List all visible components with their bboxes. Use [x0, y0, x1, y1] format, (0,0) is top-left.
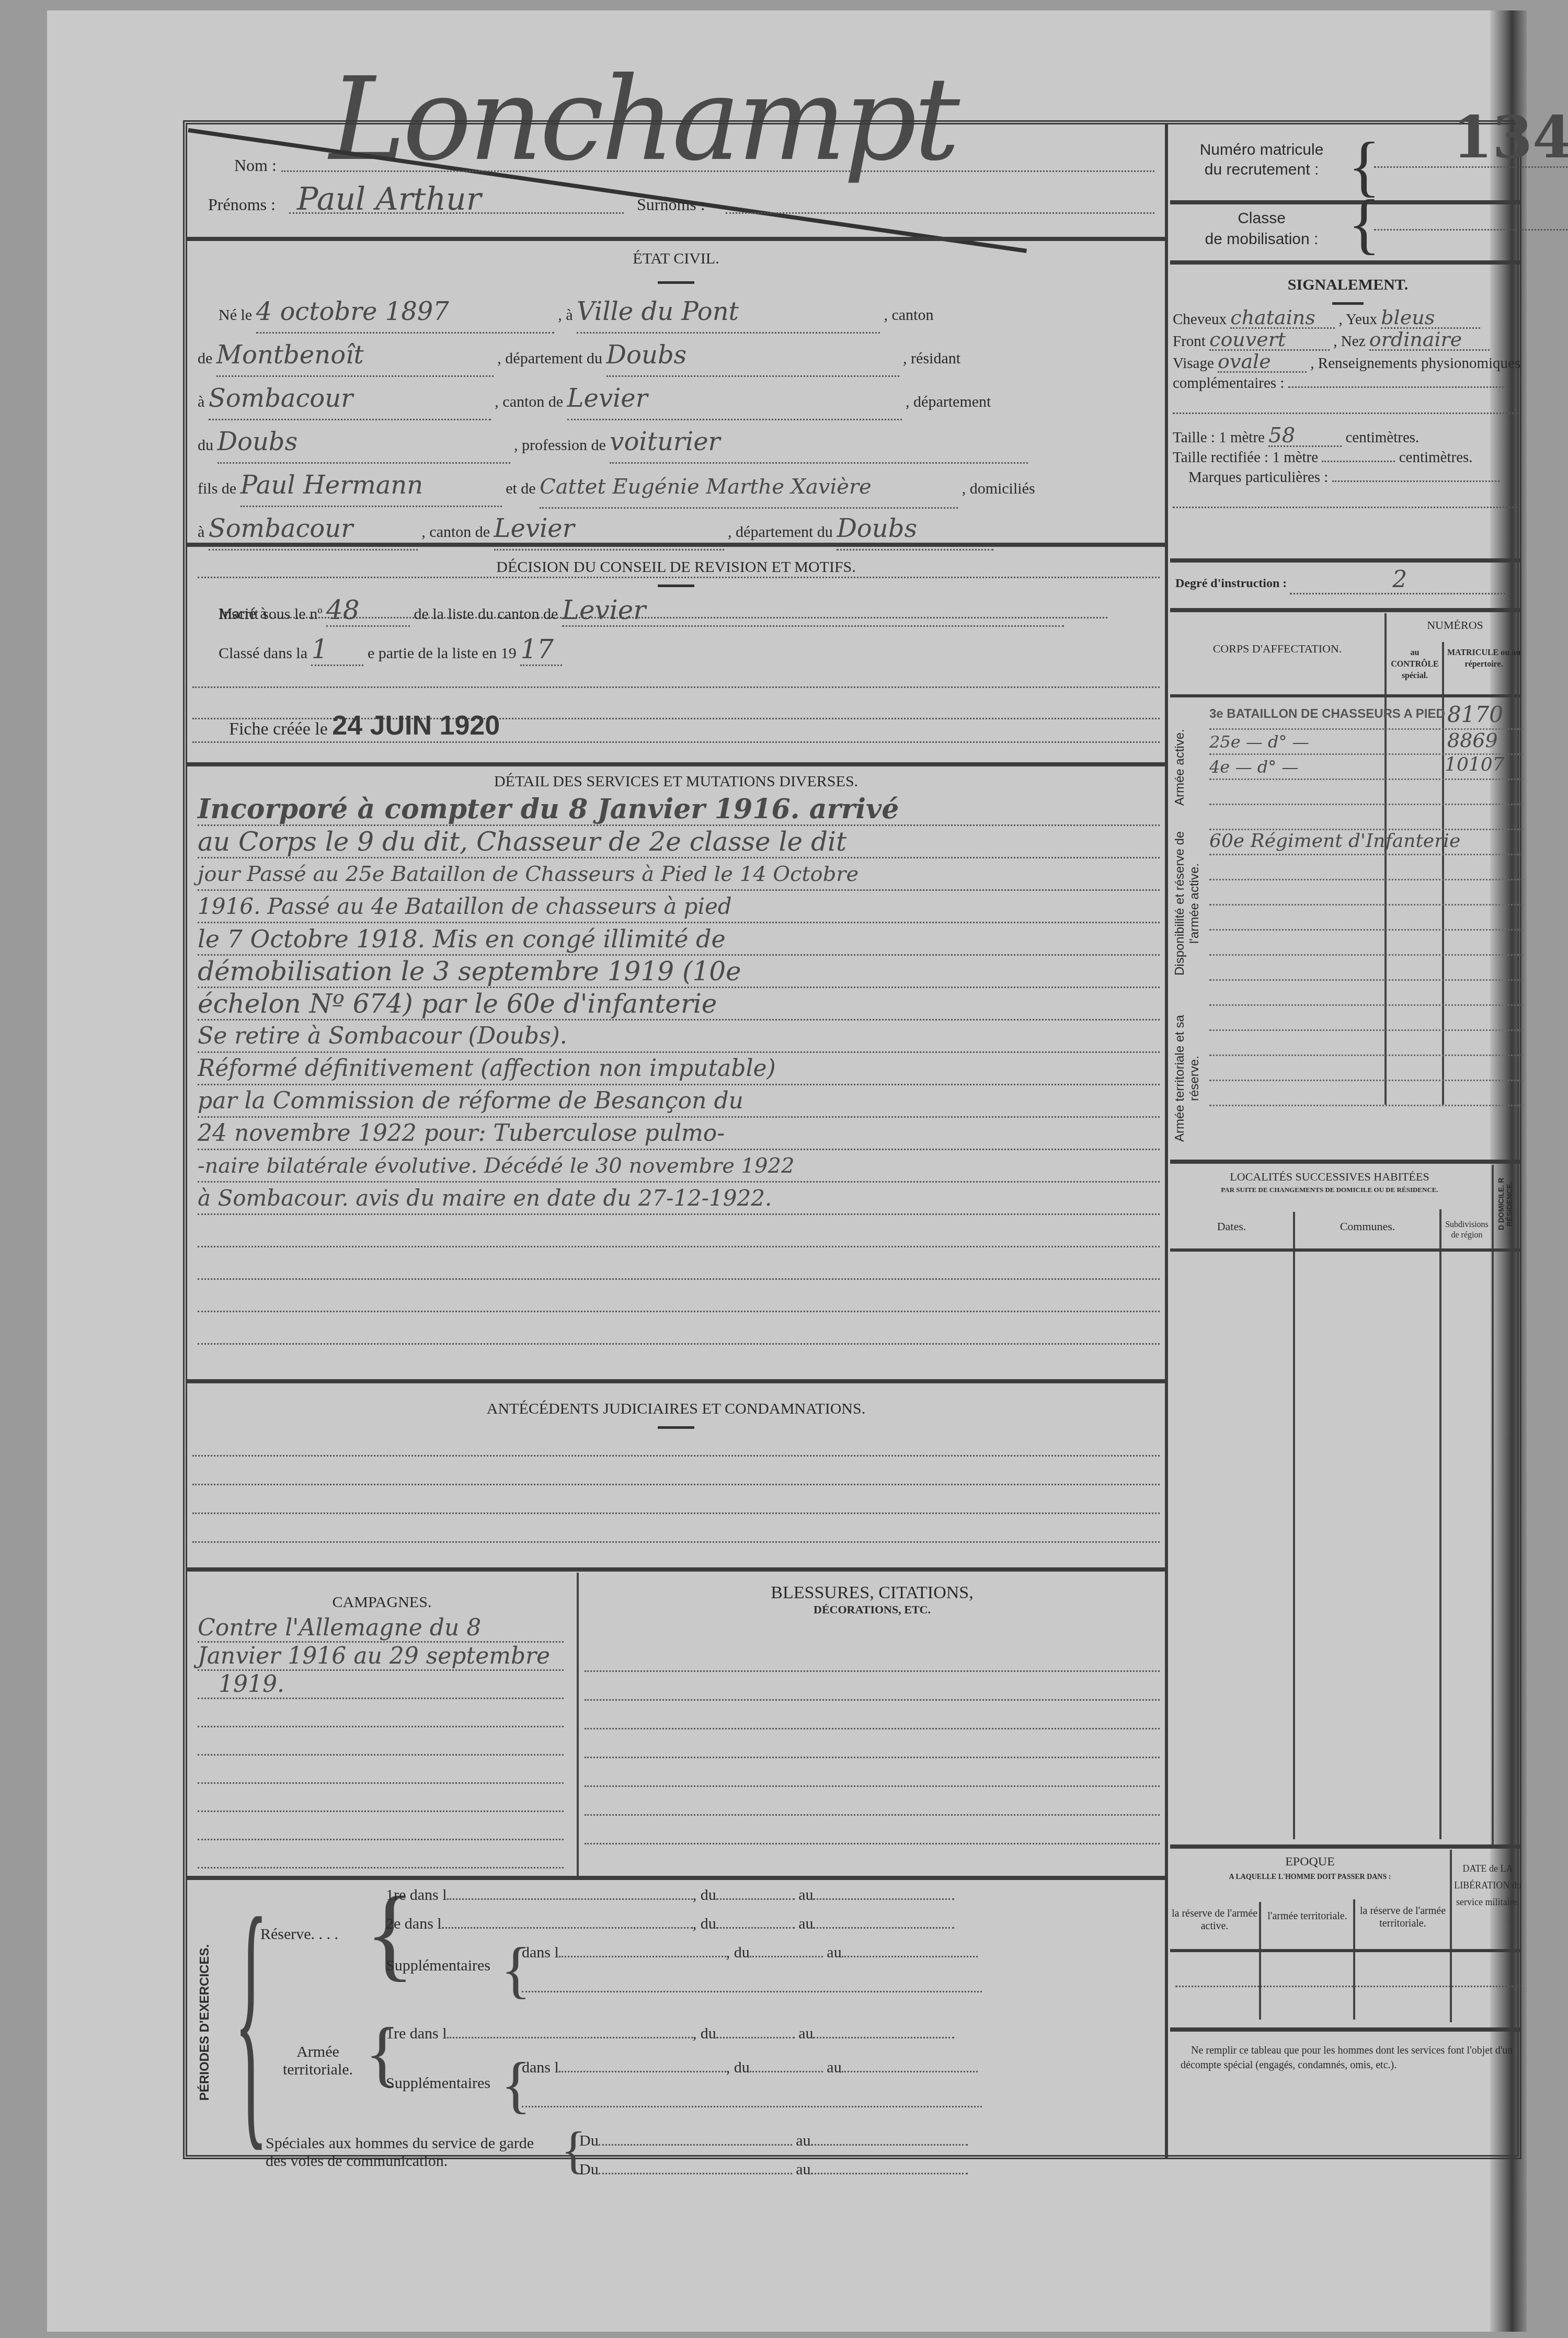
- col-subdivisions-header: Subdivisions de région: [1442, 1220, 1492, 1241]
- corps-row-blank: [1209, 1031, 1523, 1056]
- parents-row: fils de Paul Hermann et de Cattet Eugéni…: [198, 465, 1160, 509]
- profession-value: voiturier: [610, 422, 1028, 464]
- ne-le-label: Né le: [219, 306, 252, 324]
- classe-dans-value: 1: [311, 634, 363, 666]
- matricule-rule: [1170, 200, 1520, 204]
- blessure-line: [585, 1758, 1160, 1787]
- matricule-value: 1342: [1452, 104, 1568, 171]
- service-line: jour Passé au 25e Bataillon de Chasseurs…: [198, 858, 1160, 891]
- a-label: , à: [558, 306, 573, 324]
- campagne-line-blank: [198, 1756, 564, 1784]
- register-page: Lonchampt Nom : Prénoms : Paul Arthur Su…: [47, 10, 1527, 2332]
- corps-row: 4e — d° — 10107: [1209, 755, 1523, 780]
- campagnes-title: CAMPAGNES.: [187, 1594, 577, 1611]
- campagne-line-blank: [198, 1727, 564, 1756]
- signalement-title: SIGNALEMENT.: [1170, 276, 1526, 294]
- signalement-rule: [1170, 558, 1520, 563]
- degre-rule: [1170, 608, 1520, 612]
- liste-canton-label: de la liste du canton de: [414, 605, 558, 623]
- campagne-line-blank: [198, 1812, 564, 1840]
- prenoms-line: [289, 212, 624, 214]
- renseignements-label: , Renseignements physionomiques: [1310, 355, 1520, 372]
- inscrit-value: 48: [326, 595, 410, 627]
- epoque-col3: la réserve de l'armée territoriale.: [1356, 1905, 1450, 1930]
- taille-rect-row: Taille rectifiée : 1 mètre centimètres.: [1173, 448, 1523, 467]
- territoriale-label: Armée territoriale.: [271, 2043, 365, 2079]
- fiche-stamp: 24 JUIN 1920: [332, 710, 500, 741]
- residant-label: , résidant: [903, 350, 960, 367]
- premiere-label: 1re dans l: [386, 2025, 447, 2042]
- service-line: par la Commission de réforme de Besançon…: [198, 1085, 1160, 1118]
- signalement-dash: [1332, 302, 1364, 305]
- decision-line-1: [192, 686, 1160, 688]
- matricule-label-line2: du recrutement :: [1175, 160, 1348, 180]
- du-label: , du: [693, 1915, 716, 1932]
- domicile-dept-label: , département du: [728, 523, 833, 541]
- blessure-line: [585, 1672, 1160, 1701]
- blessure-line: [585, 1816, 1160, 1844]
- visage-value: ovale: [1218, 351, 1307, 373]
- col-dates-header: Dates.: [1170, 1220, 1293, 1233]
- corps-row-blank: [1209, 855, 1523, 880]
- classe-dans-label: Classé dans la: [219, 645, 307, 662]
- periodes-side-label: PÉRIODES D'EXERCICES.: [198, 1912, 234, 2132]
- territoriale-supp-row: dans l, du au: [522, 2059, 978, 2077]
- nez-label: , Nez: [1333, 333, 1365, 350]
- fiche-row: Fiche créée le 24 JUIN 1920: [229, 710, 500, 741]
- yeux-value: bleus: [1381, 307, 1480, 329]
- marques-row: Marques particulières :: [1173, 467, 1523, 487]
- nom-line: [281, 170, 1154, 172]
- col-communes-header: Communes.: [1296, 1220, 1439, 1233]
- taille-rect-label: Taille rectifiée : 1 mètre: [1173, 449, 1318, 466]
- complementaires-label: complémentaires :: [1173, 375, 1284, 392]
- localites-title: LOCALITÉS SUCCESSIVES HABITÉES: [1170, 1170, 1489, 1184]
- corps-row-corps: 25e — d° —: [1209, 732, 1309, 752]
- front-row: Front couvert , Nez ordinaire: [1173, 329, 1523, 351]
- au-label: au: [796, 2132, 810, 2149]
- register-frame: Nom : Prénoms : Paul Arthur Surnoms : Nu…: [183, 120, 1521, 2159]
- taille-value: 58: [1268, 426, 1342, 447]
- corps-row: 60e Régiment d'Infanterie: [1209, 830, 1523, 855]
- inscrit-label: Inscrit sous le nº: [219, 605, 322, 623]
- premiere-label: 1re dans l: [386, 1886, 447, 1904]
- service-line: démobilisation le 3 septembre 1919 (10e: [198, 956, 1160, 988]
- campagne-line: Janvier 1916 au 29 septembre: [198, 1643, 564, 1671]
- blessures-subtitle: DÉCORATIONS, ETC.: [585, 1603, 1160, 1617]
- classe-rule: [1170, 260, 1520, 265]
- canton-value: Montbenoît: [216, 335, 494, 377]
- corps-row-blank: [1209, 780, 1523, 805]
- complementaires-line: [1173, 393, 1518, 414]
- service-line: à Sombacour. avis du maire en date du 27…: [198, 1183, 1160, 1215]
- blessure-line: [585, 1701, 1160, 1729]
- degre-label: Degré d'instruction :: [1175, 577, 1287, 590]
- corps-row-blank: [1209, 1006, 1523, 1031]
- du-label: , du: [693, 1886, 716, 1904]
- antecedents-rule: [187, 1567, 1165, 1572]
- complementaires-row: complémentaires :: [1173, 373, 1523, 393]
- inscrit-row: Inscrit sous le nº 48 de la liste du can…: [219, 595, 1064, 627]
- degre-row: Degré d'instruction : 2: [1175, 566, 1509, 594]
- armee-active-label: Armée active.: [1173, 715, 1204, 820]
- taille-label: Taille : 1 mètre: [1173, 429, 1265, 446]
- antecedents-line: [192, 1455, 1160, 1457]
- service-line: 24 novembre 1922 pour: Tuberculose pulmo…: [198, 1118, 1160, 1150]
- etat-civil-block: Né le 4 octobre 1897 , à Ville du Pont ,…: [198, 292, 1160, 634]
- reserve-2e-row: 2e dans l, du au: [386, 1915, 954, 1933]
- controle-header: au CONTRÔLE spécial.: [1389, 647, 1441, 682]
- au-label: au: [798, 2025, 813, 2042]
- etat-civil-rule: [187, 543, 1165, 547]
- date-liberation-header: DATE de LA LIBÉRATION du service militai…: [1452, 1860, 1523, 1910]
- dept-label: , département du: [497, 350, 602, 367]
- au-label: au: [827, 1944, 841, 1961]
- epoque-subtitle: A LAQUELLE L'HOMME DOIT PASSER DANS :: [1170, 1873, 1450, 1882]
- degre-value: 2: [1290, 566, 1509, 594]
- decision-title: DÉCISION DU CONSEIL DE REVISION ET MOTIF…: [187, 558, 1165, 576]
- corps-row-corps: 4e — d° —: [1209, 757, 1298, 777]
- partie-label: e partie de la liste en 19: [368, 645, 517, 662]
- classe-label: Classe de mobilisation :: [1175, 208, 1348, 250]
- classe-row: Classé dans la 1 e partie de la liste en…: [219, 634, 562, 666]
- reserve-label: Réserve. . . .: [260, 1926, 338, 1943]
- corps-row-corps: 60e Régiment d'Infanterie: [1209, 830, 1460, 852]
- a-value: Ville du Pont: [577, 292, 880, 334]
- marques-label: Marques particulières :: [1188, 469, 1328, 486]
- reserve-supp-row: dans l, du au: [522, 1944, 978, 1962]
- classe-label-line2: de mobilisation :: [1175, 229, 1348, 250]
- nom-label: Nom :: [234, 156, 277, 175]
- matricule-label: Numéro matricule du recrutement :: [1175, 140, 1348, 180]
- dept-value: Doubs: [606, 335, 899, 377]
- decision-rule: [187, 762, 1165, 766]
- corps-row-corps: 3e BATAILLON DE CHASSEURS A PIED: [1209, 707, 1445, 721]
- campagne-line: 1919.: [198, 1671, 564, 1699]
- epoque-rule: [1170, 2027, 1520, 2032]
- et-de-label: et de: [506, 480, 535, 497]
- campagnes-divider: [577, 1573, 579, 1876]
- fils-de-label: fils de: [198, 480, 236, 497]
- marques-line: [1173, 487, 1518, 508]
- dans-label: dans l: [522, 1944, 559, 1961]
- blessures-title: BLESSURES, CITATIONS, DÉCORATIONS, ETC.: [585, 1583, 1160, 1617]
- blessure-line: [585, 1787, 1160, 1816]
- prenoms-label: Prénoms :: [208, 195, 276, 214]
- etat-civil-title: ÉTAT CIVIL.: [187, 250, 1165, 268]
- localites-subtitle: PAR SUITE DE CHANGEMENTS DE DOMICILE OU …: [1170, 1186, 1489, 1194]
- territoriale-side-label: Armée territoriale et sa réserve.: [1173, 1003, 1204, 1154]
- numeros-title: NUMÉROS: [1387, 618, 1523, 632]
- partie-year-value: 17: [520, 634, 562, 666]
- corps-row-blank: [1209, 880, 1523, 906]
- du-label: , du: [693, 2025, 716, 2042]
- du-start-label: Du: [579, 2132, 599, 2149]
- ne-le-row: Né le 4 octobre 1897 , à Ville du Pont ,…: [198, 292, 1160, 335]
- epoque-col2: l'armée territoriale.: [1262, 1910, 1353, 1922]
- cheveux-label: Cheveux: [1173, 311, 1227, 328]
- domicile-canton-label: , canton de: [421, 523, 490, 541]
- service-line: au Corps le 9 du dit, Chasseur de 2e cla…: [198, 826, 1160, 858]
- territoriale-supp-line: [522, 2106, 982, 2107]
- au-label: au: [798, 1915, 813, 1932]
- profession-row: du Doubs , profession de voiturier: [198, 422, 1160, 465]
- residant-dept-value: Doubs: [218, 422, 510, 464]
- localites-divider-2: [1439, 1209, 1441, 1839]
- epoque-title: EPOQUE: [1170, 1855, 1450, 1869]
- service-line-blank: [198, 1280, 1160, 1312]
- campagnes-lines: Contre l'Allemagne du 8 Janvier 1916 au …: [198, 1614, 564, 1869]
- au-label: au: [796, 2161, 810, 2178]
- visage-label: Visage: [1173, 355, 1214, 372]
- pere-value: Paul Hermann: [241, 465, 502, 507]
- deuxieme-label: 2e dans l: [386, 1915, 442, 1932]
- epoque-note: Ne remplir ce tableau que pour les homme…: [1181, 2043, 1515, 2072]
- signalement-block: Cheveux chatains , Yeux bleus Front couv…: [1173, 307, 1523, 508]
- speciales-label: Spéciales aux hommes du service de garde…: [266, 2135, 558, 2170]
- corps-row-blank: [1209, 931, 1523, 956]
- du-label: , du: [726, 2059, 750, 2076]
- centimetres-label-2: centimètres.: [1399, 449, 1473, 466]
- antecedents-title: ANTÉCÉDENTS JUDICIAIRES ET CONDAMNATIONS…: [187, 1400, 1165, 1418]
- du-label: , du: [726, 1944, 750, 1961]
- decision-dash: [658, 584, 694, 587]
- corps-rows: 3e BATAILLON DE CHASSEURS A PIED 8170 25…: [1209, 705, 1523, 1106]
- classe-label-line1: Classe: [1175, 208, 1348, 229]
- taille-rect-value: [1322, 461, 1395, 462]
- localites-rule: [1170, 1844, 1520, 1849]
- reserve-1re-row: 1re dans l, du au: [386, 1886, 954, 1904]
- service-line: échelon Nº 674) par le 60e d'infanterie: [198, 988, 1160, 1021]
- epoque-header-rule: [1170, 1949, 1520, 1952]
- speciales-row-1: Du au: [579, 2132, 968, 2150]
- residant-row: à Sombacour , canton de Levier , départe…: [198, 379, 1160, 422]
- matricule-line: [1374, 166, 1568, 168]
- cheveux-value: chatains: [1230, 307, 1335, 329]
- header-rule: [187, 237, 1165, 241]
- residant-canton-value: Levier: [567, 379, 902, 420]
- service-line-blank: [198, 1247, 1160, 1280]
- corps-row: 3e BATAILLON DE CHASSEURS A PIED 8170: [1209, 705, 1523, 730]
- cheveux-row: Cheveux chatains , Yeux bleus: [1173, 307, 1523, 329]
- speciales-row-2: Du au: [579, 2161, 968, 2179]
- epoque-divider-date: [1450, 1850, 1452, 2022]
- territoriale-supp-label: Supplémentaires: [386, 2075, 490, 2092]
- centimetres-label: centimètres.: [1345, 429, 1419, 446]
- residant-value: Sombacour: [209, 379, 491, 420]
- campagne-line: Contre l'Allemagne du 8: [198, 1614, 564, 1643]
- corps-header-rule: [1170, 694, 1520, 697]
- dans-label: dans l: [522, 2059, 559, 2076]
- ne-le-value: 4 octobre 1897: [256, 292, 554, 334]
- corps-row-blank: [1209, 1081, 1523, 1106]
- antecedents-dash: [658, 1426, 694, 1429]
- surnoms-label: Surnoms :: [637, 195, 705, 214]
- services-title: DÉTAIL DES SERVICES ET MUTATIONS DIVERSE…: [187, 773, 1165, 790]
- blessures-lines: [585, 1643, 1160, 1844]
- localites-divider-1: [1293, 1212, 1295, 1839]
- campagne-line-blank: [198, 1699, 564, 1727]
- fiche-line: [192, 741, 1160, 743]
- surnoms-line: [726, 212, 1154, 214]
- matricule-header: MATRICULE ou au répertoire.: [1445, 647, 1523, 670]
- fiche-label: Fiche créée le: [229, 719, 328, 739]
- corps-row-matricule: 8170: [1447, 702, 1503, 727]
- periodes-brace: {: [234, 1876, 268, 2158]
- service-line: Réformé définitivement (affection non im…: [198, 1053, 1160, 1085]
- right-column-divider: [1165, 124, 1168, 2158]
- corps-rule: [1170, 1160, 1520, 1164]
- corps-row: 25e — d° — 8869: [1209, 730, 1523, 755]
- corps-row-blank: [1209, 1056, 1523, 1081]
- corps-row-blank: [1209, 981, 1523, 1006]
- front-label: Front: [1173, 333, 1206, 350]
- front-value: couvert: [1209, 329, 1330, 351]
- service-line-blank: [198, 1312, 1160, 1345]
- canton-de-label: , canton de: [495, 393, 563, 410]
- territoriale-1re-row: 1re dans l, du au: [386, 2025, 954, 2043]
- corps-row-blank: [1209, 906, 1523, 931]
- disponibilite-label: Disponibilité et réserve de l'armée acti…: [1173, 825, 1204, 982]
- au-label: au: [827, 2059, 841, 2076]
- classe-line: [1374, 229, 1568, 231]
- domicilies-label: , domiciliés: [962, 480, 1035, 497]
- service-line: Se retire à Sombacour (Doubs).: [198, 1021, 1160, 1053]
- profession-label: , profession de: [514, 437, 606, 454]
- liste-canton-value: Levier: [562, 595, 1064, 627]
- antecedents-line: [192, 1484, 1160, 1485]
- de-label: de: [198, 350, 212, 367]
- blessure-line: [585, 1643, 1160, 1672]
- services-lines: Incorporé à compter du 8 Janvier 1916. a…: [198, 794, 1160, 1345]
- antecedents-line: [192, 1512, 1160, 1514]
- campagnes-rule: [187, 1876, 1165, 1880]
- corps-title: CORPS D'AFFECTATION.: [1170, 642, 1384, 656]
- blessures-title-line: BLESSURES, CITATIONS,: [585, 1583, 1160, 1603]
- service-line: 1916. Passé au 4e Bataillon de chasseurs…: [198, 891, 1160, 923]
- epoque-col1: la réserve de l'armée active.: [1170, 1907, 1259, 1932]
- canton-row: de Montbenoît , département du Doubs , r…: [198, 335, 1160, 379]
- nez-value: ordinaire: [1369, 329, 1490, 351]
- corps-row-blank: [1209, 956, 1523, 981]
- service-line: -naire bilatérale évolutive. Décédé le 3…: [198, 1150, 1160, 1183]
- du-label: du: [198, 437, 213, 454]
- corps-row-matricule: 8869: [1447, 729, 1498, 752]
- taille-row: Taille : 1 mètre 58 centimètres.: [1173, 426, 1523, 448]
- service-line-blank: [198, 1215, 1160, 1247]
- service-line: Incorporé à compter du 8 Janvier 1916. a…: [198, 794, 1160, 826]
- reserve-supp-label: Supplémentaires: [386, 1957, 490, 1975]
- localites-divider-dr: [1492, 1165, 1494, 1844]
- matricule-label-line1: Numéro matricule: [1175, 140, 1348, 160]
- epoque-row-line: [1175, 1986, 1520, 1987]
- mere-value: Cattet Eugénie Marthe Xavière: [540, 467, 958, 509]
- classe-brace: {: [1348, 190, 1380, 258]
- au-label: au: [798, 1886, 813, 1904]
- reserve-supp-line: [522, 1991, 982, 1992]
- canton-label: , canton: [884, 306, 933, 324]
- yeux-label: , Yeux: [1339, 311, 1377, 328]
- corps-row-matricule: 10107: [1445, 754, 1505, 775]
- localites-header-rule: [1170, 1248, 1520, 1252]
- antecedents-line: [192, 1541, 1160, 1543]
- residant-a-label: à: [198, 393, 204, 410]
- visage-row: Visage ovale , Renseignements physionomi…: [1173, 351, 1523, 373]
- epoque-divider-2: [1353, 1899, 1355, 2020]
- corps-row-blank: [1209, 805, 1523, 830]
- epoque-divider-1: [1259, 1902, 1261, 2020]
- service-line: le 7 Octobre 1918. Mis en congé illimité…: [198, 923, 1160, 956]
- campagne-line-blank: [198, 1784, 564, 1812]
- domicile-a-label: à: [198, 523, 204, 541]
- services-rule: [187, 1379, 1165, 1383]
- blessure-line: [585, 1729, 1160, 1758]
- du-start-label: Du: [579, 2161, 599, 2178]
- departement-label: , département: [906, 393, 991, 410]
- dr-label: D DOMICILE. R RÉSIDENCE.: [1497, 1170, 1520, 1238]
- etat-civil-dash: [658, 281, 694, 284]
